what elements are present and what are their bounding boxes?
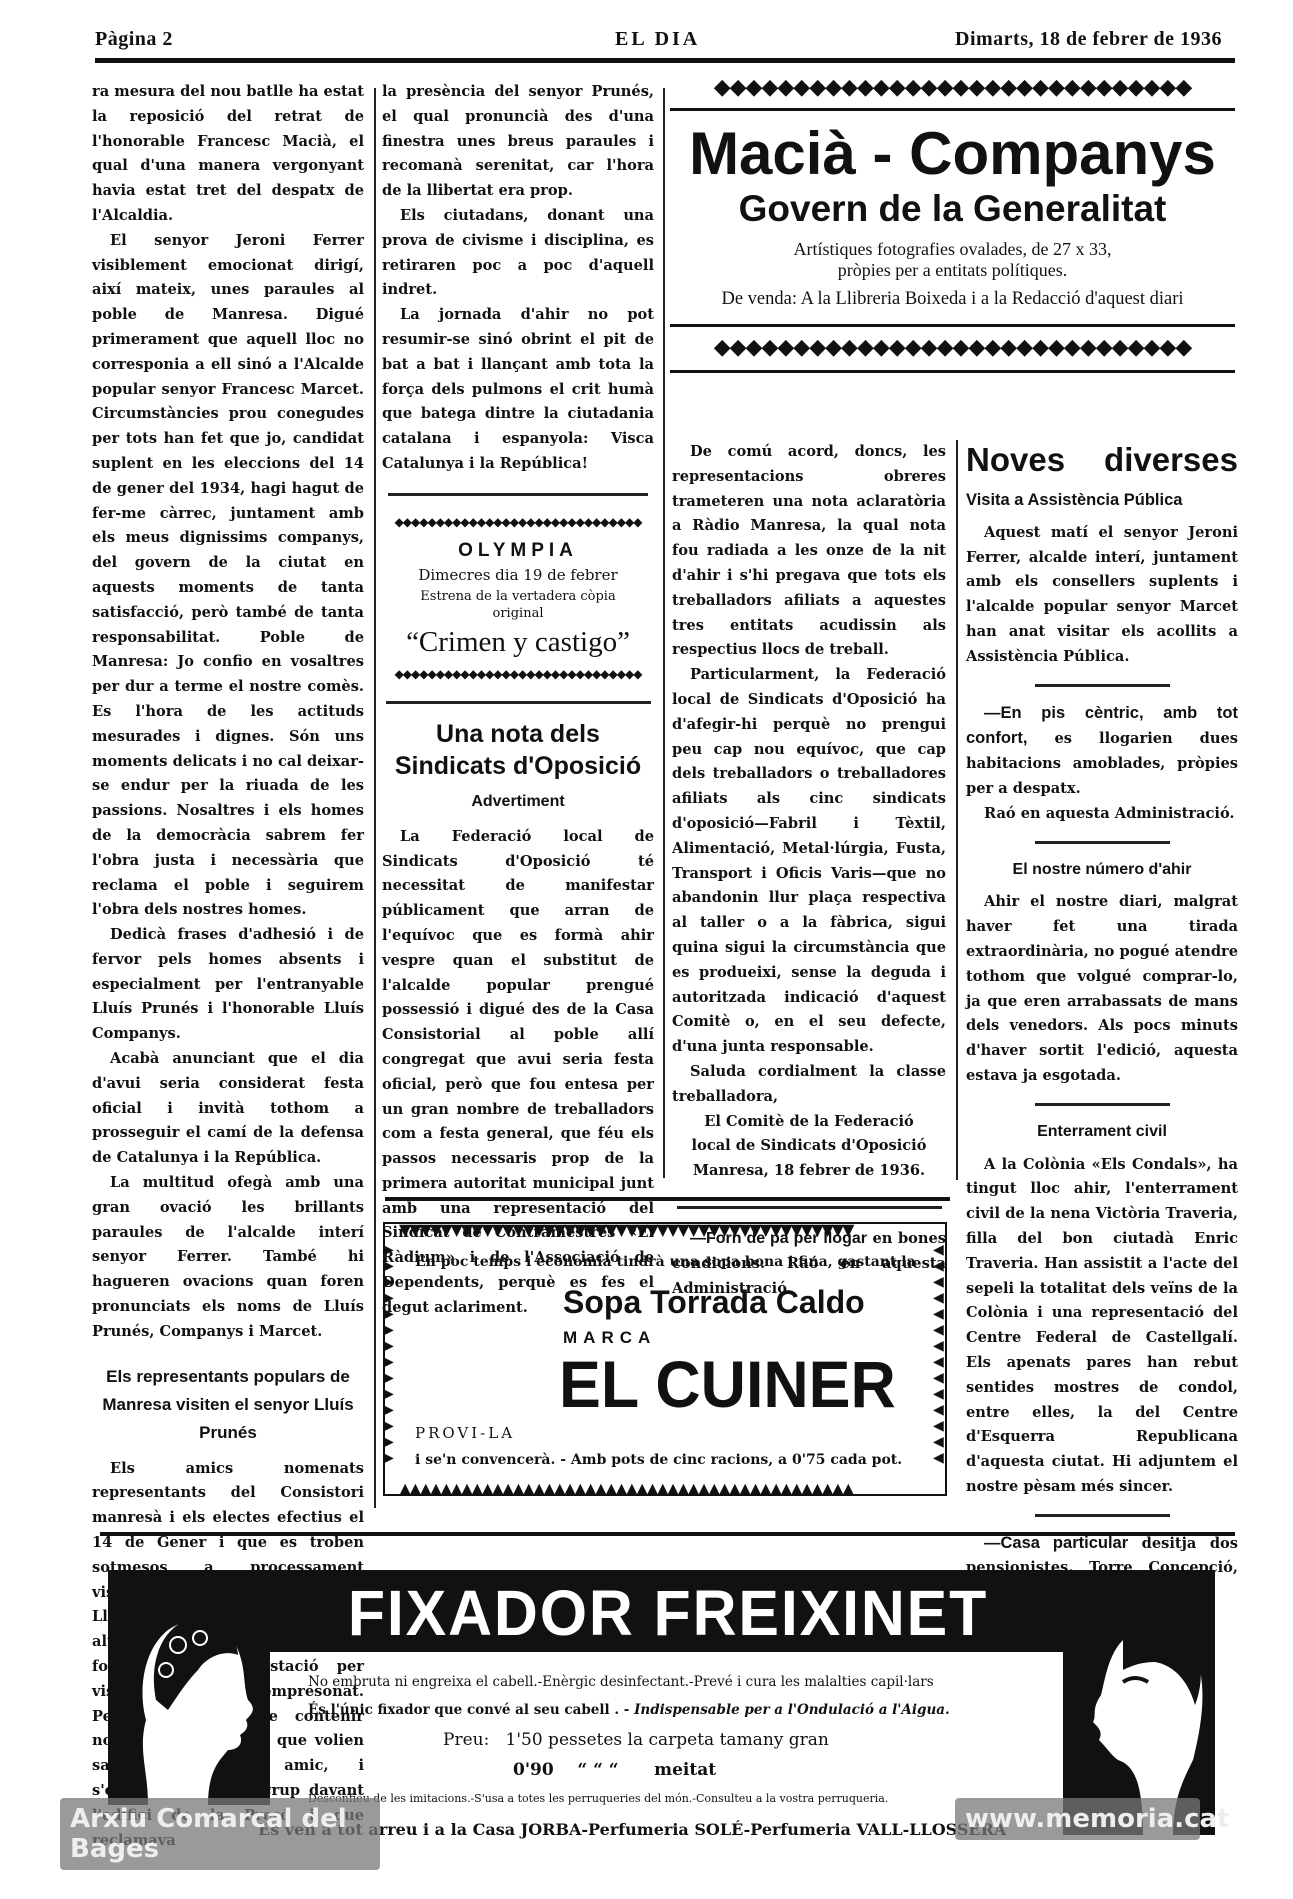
article-paragraph: Acabà anunciant que el dia d'avui seria … xyxy=(92,1047,364,1171)
column-divider xyxy=(374,88,376,1508)
article-paragraph: De comú acord, doncs, les representacion… xyxy=(672,440,946,663)
divider xyxy=(670,108,1235,111)
ad-product: Sopa Torrada Caldo xyxy=(563,1284,865,1321)
macia-companys-ad: ◆◆◆◆◆◆◆◆◆◆◆◆◆◆◆◆◆◆◆◆◆◆◆◆◆◆◆◆◆◆ Macià - C… xyxy=(670,75,1235,373)
man-profile-icon xyxy=(1063,1570,1215,1835)
news-paragraph: Ahir el nostre diari, malgrat haver fet … xyxy=(966,890,1238,1088)
divider xyxy=(100,1532,1235,1536)
ad-line: Artístiques fotografies ovalades, de 27 … xyxy=(670,239,1235,260)
ad-subtitle: Govern de la Generalitat xyxy=(670,187,1235,231)
woman-profile-icon xyxy=(108,1570,270,1805)
cinema-line: Estrena de la vertadera còpia original xyxy=(382,588,654,622)
cinema-date: Dimecres dia 19 de febrer xyxy=(382,563,654,588)
article-headline: Una nota dels Sindicats d'Oposició xyxy=(382,718,654,782)
diamond-border: ◆◆◆◆◆◆◆◆◆◆◆◆◆◆◆◆◆◆◆◆◆◆◆◆◆◆◆◆◆◆ xyxy=(382,662,654,687)
classified-ad: Raó en aquesta Administració. xyxy=(966,802,1238,827)
ad-try: PROVI-LA xyxy=(415,1424,515,1442)
triangle-border-top: ▼▼▼▼▼▼▼▼▼▼▼▼▼▼▼▼▼▼▼▼▼▼▼▼▼▼▼▼▼▼▼▼▼▼▼▼▼▼▼▼… xyxy=(399,1220,935,1239)
triangle-border-left: ▶▶▶▶▶▶▶▶▶▶▶▶▶▶ xyxy=(383,1242,397,1466)
newspaper-title: EL DIA xyxy=(615,28,700,51)
ad-title: FIXADOR FREIXINET xyxy=(293,1574,1044,1652)
price-label: Preu: xyxy=(443,1730,489,1750)
ad-line: No embruta ni engreixa el cabell.-Enèrgi… xyxy=(308,1674,934,1690)
column-2: la presència del senyor Prunés, el qual … xyxy=(382,80,654,1321)
cinema-name: OLYMPIA xyxy=(382,539,654,564)
news-paragraph: A la Colònia «Els Condals», ha tingut ll… xyxy=(966,1153,1238,1500)
article-headline: Els representants populars de Manresa vi… xyxy=(92,1363,364,1447)
ad-warning: Desconfieu de les imitacions.-S'usa a to… xyxy=(308,1792,888,1805)
classified-heading: —Casa particular xyxy=(984,1534,1128,1552)
signature-line: El Comitè de la Federació xyxy=(672,1110,946,1135)
ad-price: 0'90 “ “ “ meitat xyxy=(513,1760,716,1780)
sopa-torrada-ad: ▼▼▼▼▼▼▼▼▼▼▼▼▼▼▼▼▼▼▼▼▼▼▼▼▼▼▼▼▼▼▼▼▼▼▼▼▼▼▼▼… xyxy=(383,1222,947,1496)
ad-line: De venda: A la Llibreria Boixeda i a la … xyxy=(670,289,1235,310)
news-headline: El nostre número d'ahir xyxy=(966,858,1238,883)
diamond-border: ◆◆◆◆◆◆◆◆◆◆◆◆◆◆◆◆◆◆◆◆◆◆◆◆◆◆◆◆◆◆ xyxy=(670,75,1235,100)
article-paragraph: ra mesura del nou batlle ha estat la rep… xyxy=(92,80,364,229)
archive-watermark: Arxiu Comarcal del Bages xyxy=(60,1798,380,1870)
divider xyxy=(1035,1103,1170,1106)
page-number: Pàgina 2 xyxy=(95,28,173,51)
diamond-border: ◆◆◆◆◆◆◆◆◆◆◆◆◆◆◆◆◆◆◆◆◆◆◆◆◆◆◆◆◆◆ xyxy=(670,335,1235,360)
ad-footer: i se'n convencerà. - Amb pots de cinc ra… xyxy=(415,1452,902,1468)
ad-intro: En poc temps i economia tindrà una sopa … xyxy=(415,1254,916,1270)
divider xyxy=(677,1206,942,1209)
price-small: 0'90 xyxy=(513,1760,554,1780)
divider xyxy=(386,701,651,704)
man-portrait xyxy=(1063,1570,1215,1835)
divider xyxy=(670,370,1235,373)
column-4: Noves diverses Visita a Assistència Públ… xyxy=(966,440,1238,1606)
price-large: 1'50 pessetes la carpeta tamany gran xyxy=(506,1730,829,1750)
fixador-freixinet-ad: FIXADOR FREIXINET No embruta ni engreixa… xyxy=(108,1570,1215,1835)
triangle-border-bottom: ▲▲▲▲▲▲▲▲▲▲▲▲▲▲▲▲▲▲▲▲▲▲▲▲▲▲▲▲▲▲▲▲▲▲▲▲▲▲▲▲… xyxy=(399,1479,935,1498)
divider xyxy=(1035,684,1170,687)
signature-line: Manresa, 18 febrer de 1936. xyxy=(672,1159,946,1184)
diamond-border: ◆◆◆◆◆◆◆◆◆◆◆◆◆◆◆◆◆◆◆◆◆◆◆◆◆◆◆◆◆◆ xyxy=(382,510,654,535)
article-paragraph: La multitud ofegà amb una gran ovació le… xyxy=(92,1171,364,1345)
ditto-marks: “ “ “ xyxy=(577,1760,618,1780)
article-paragraph: Particularment, la Federació local de Si… xyxy=(672,663,946,1060)
ad-line: És l'únic fixador que convé al seu cabel… xyxy=(308,1702,950,1718)
divider xyxy=(385,1197,950,1201)
article-subheadline: Advertiment xyxy=(382,790,654,815)
news-headline: Enterrament civil xyxy=(966,1120,1238,1145)
ad-title: Macià - Companys xyxy=(670,121,1235,187)
article-paragraph: Els ciutadans, donant una prova de civis… xyxy=(382,204,654,303)
header-rule xyxy=(95,58,1235,63)
ad-brand: EL CUINER xyxy=(559,1344,896,1424)
news-paragraph: Aquest matí el senyor Jeroni Ferrer, alc… xyxy=(966,521,1238,670)
film-title: “Crimen y castigo” xyxy=(382,622,654,662)
article-paragraph: la presència del senyor Prunés, el qual … xyxy=(382,80,654,204)
signature-line: local de Sindicats d'Oposició xyxy=(672,1134,946,1159)
divider xyxy=(670,324,1235,327)
price-small-label: meitat xyxy=(654,1760,716,1780)
divider xyxy=(388,493,648,496)
woman-portrait xyxy=(108,1570,270,1805)
ad-line-a: És l'únic fixador que convé al seu cabel… xyxy=(308,1702,634,1718)
triangle-border-right: ◀◀◀◀◀◀◀◀◀◀◀◀◀◀ xyxy=(933,1242,947,1466)
divider xyxy=(1035,841,1170,844)
column-divider xyxy=(663,88,665,1178)
article-paragraph: El senyor Jeroni Ferrer visiblement emoc… xyxy=(92,229,364,923)
section-title: Noves diverses xyxy=(966,440,1238,480)
divider xyxy=(1035,1514,1170,1517)
article-paragraph: Dedicà frases d'adhesió i de fervor pels… xyxy=(92,923,364,1047)
ad-line-b: Indispensable per a l'Ondulació a l'Aigu… xyxy=(634,1702,950,1718)
ad-line: pròpies per a entitats polítiques. xyxy=(670,260,1235,281)
column-3: De comú acord, doncs, les representacion… xyxy=(672,440,946,1301)
issue-date: Dimarts, 18 de febrer de 1936 xyxy=(955,28,1222,51)
column-divider xyxy=(956,440,958,1180)
article-paragraph: La jornada d'ahir no pot resumir-se sinó… xyxy=(382,303,654,477)
article-paragraph: Saluda cordialment la classe treballador… xyxy=(672,1060,946,1110)
website-watermark: www.memoria.cat xyxy=(955,1798,1200,1840)
ad-price: Preu: 1'50 pessetes la carpeta tamany gr… xyxy=(443,1730,829,1750)
news-headline: Visita a Assistència Pública xyxy=(966,488,1238,513)
classified-ad: —En pis cèntric, amb tot confort, es llo… xyxy=(966,701,1238,802)
